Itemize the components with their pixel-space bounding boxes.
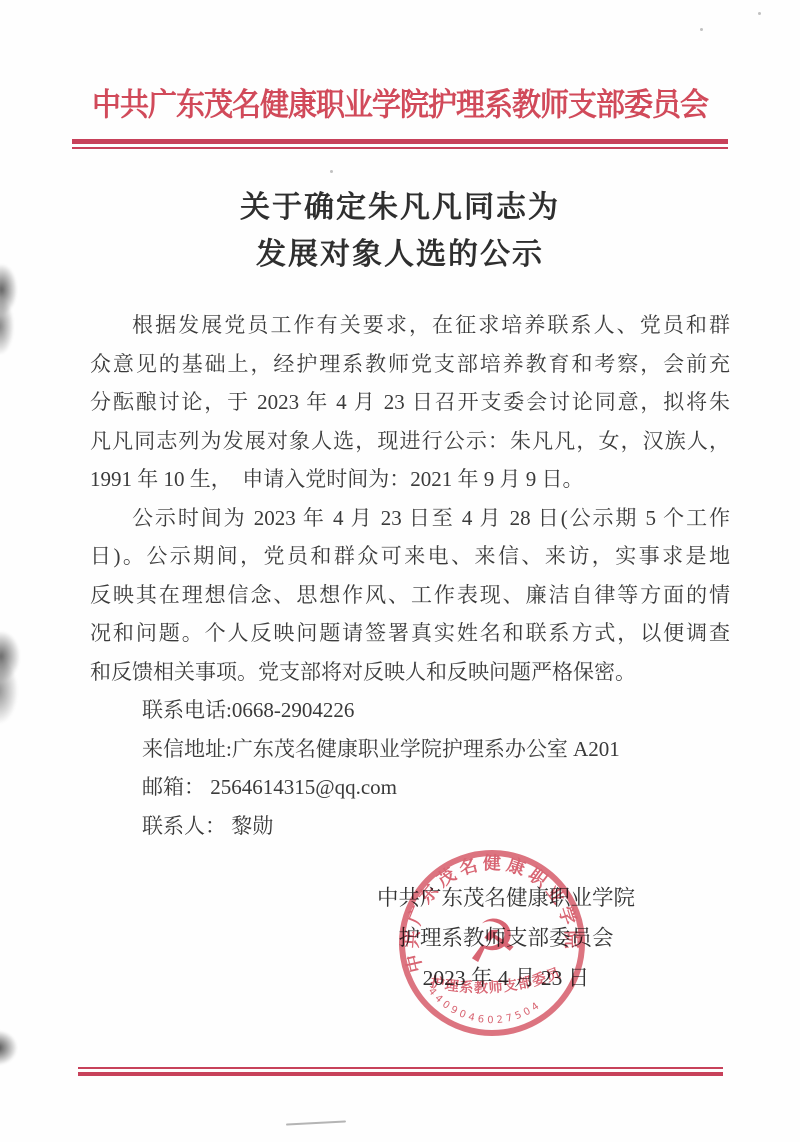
document-title-line2: 发展对象人选的公示 <box>0 231 800 278</box>
rule-thick <box>78 1072 723 1076</box>
contact-person: 联系人： 黎勋 <box>90 807 730 846</box>
body-line: 况和问题。个人反映问题请签署真实姓名和联系方式，以便调查 <box>90 614 730 653</box>
hammer-sickle-icon: ☭ <box>464 905 521 976</box>
body-line: 凡凡同志列为发展对象人选，现进行公示：朱凡凡，女，汉族人， <box>90 422 730 461</box>
document-title-line1: 关于确定朱凡凡同志为 <box>0 184 800 231</box>
body-line: 反映其在理想信念、思想作风、工作表现、廉洁自律等方面的情 <box>90 576 730 615</box>
rule-thin <box>72 147 728 149</box>
letterhead-rule <box>72 139 728 149</box>
letterhead-title: 中共广东茂名健康职业学院护理系教师支部委员会 <box>0 80 800 124</box>
body-line: 公示时间为 2023 年 4 月 23 日至 4 月 28 日(公示期 5 个工… <box>90 499 730 538</box>
body-line: 日)。公示期间，党员和群众可来电、来信、来访，实事求是地 <box>90 537 730 576</box>
scan-speck <box>700 28 703 31</box>
footer-rule <box>78 1067 723 1076</box>
body-line: 和反馈相关事项。党支部将对反映人和反映问题严格保密。 <box>90 653 730 692</box>
body-line: 分酝酿讨论，于 2023 年 4 月 23 日召开支委会讨论同意，拟将朱 <box>90 383 730 422</box>
scan-speck <box>330 170 333 173</box>
body-line: 根据发展党员工作有关要求，在征求培养联系人、党员和群 <box>90 306 730 345</box>
contact-address: 来信地址:广东茂名健康职业学院护理系办公室 A201 <box>90 730 730 769</box>
pencil-mark <box>286 1120 346 1125</box>
contact-email: 邮箱： 2564614315@qq.com <box>90 768 730 807</box>
document-page: 中共广东茂名健康职业学院护理系教师支部委员会 关于确定朱凡凡同志为 发展对象人选… <box>0 0 800 1142</box>
scan-smudge <box>0 620 34 724</box>
body-line: 众意见的基础上，经护理系教师党支部培养教育和考察，会前充 <box>90 345 730 384</box>
scan-speck <box>758 12 761 15</box>
document-body: 根据发展党员工作有关要求，在征求培养联系人、党员和群 众意见的基础上，经护理系教… <box>90 306 730 845</box>
contact-phone: 联系电话:0668-2904226 <box>90 691 730 730</box>
body-line: 1991 年 10 生， 申请入党时间为：2021 年 9 月 9 日。 <box>90 460 730 499</box>
official-seal: 中共广东茂名健康职业学院 ☭ 护理系教师支部委员会 4409046027504 <box>387 838 596 1047</box>
document-title: 关于确定朱凡凡同志为 发展对象人选的公示 <box>0 184 800 278</box>
scan-smudge <box>0 1028 28 1072</box>
